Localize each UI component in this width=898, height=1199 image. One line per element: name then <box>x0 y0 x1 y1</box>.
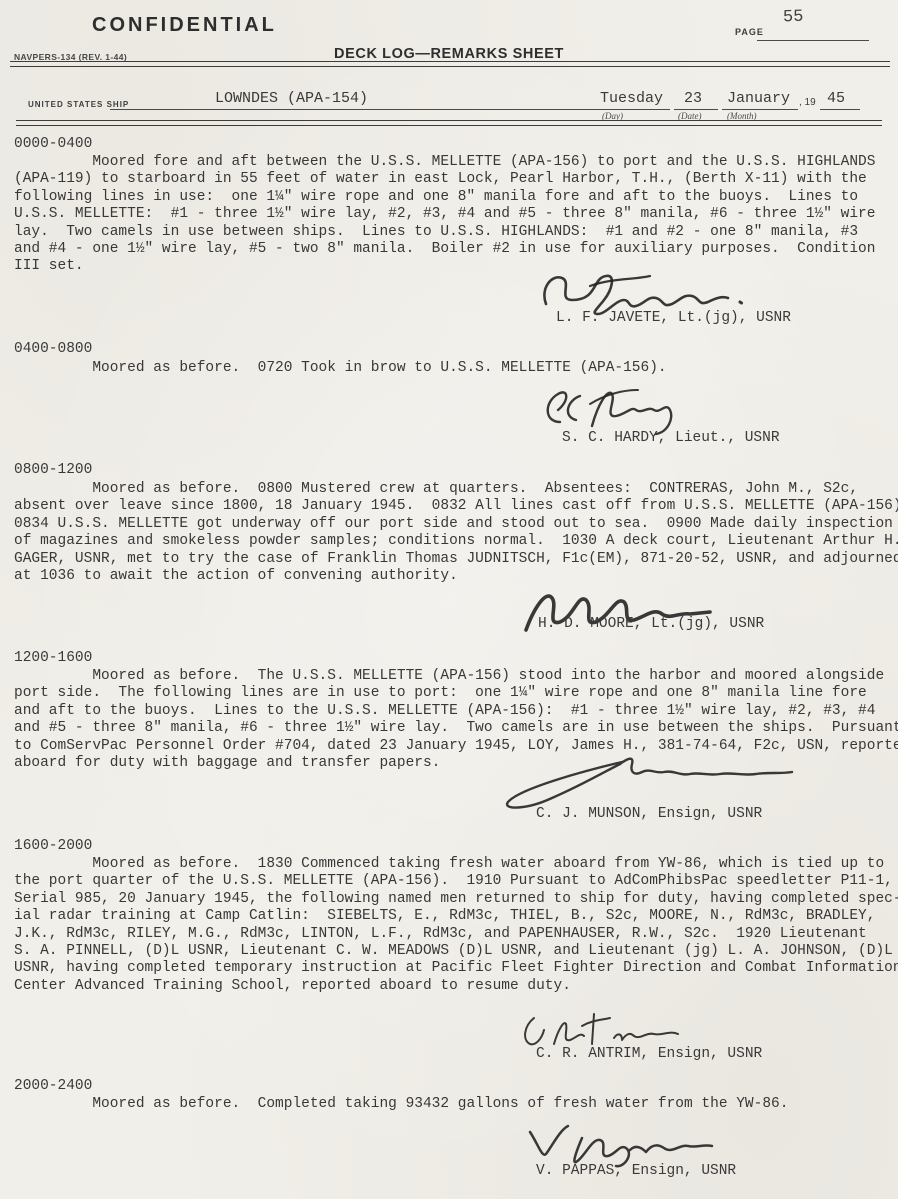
page-number: 55 <box>783 8 804 28</box>
pappas-signature <box>518 1116 718 1168</box>
log-entry-text: Moored as before. 0720 Took in brow to U… <box>14 360 667 377</box>
watch-period-0000-0400: 0000-0400 <box>14 136 92 152</box>
log-entry-text: Moored as before. 1830 Commenced taking … <box>14 856 898 995</box>
month-value: January <box>727 90 790 107</box>
date-value: 23 <box>684 90 702 107</box>
signed-name: S. C. HARDY, Lieut., USNR <box>562 430 780 446</box>
log-entry-text: Moored fore and aft between the U.S.S. M… <box>14 154 875 276</box>
log-entry-text: Moored as before. Completed taking 93432… <box>14 1096 788 1113</box>
day-value: Tuesday <box>600 90 663 107</box>
ship-name: LOWNDES (APA-154) <box>215 90 368 107</box>
log-entry-text: Moored as before. 0800 Mustered crew at … <box>14 481 898 585</box>
page-number-underline <box>757 26 869 41</box>
signed-name: C. R. ANTRIM, Ensign, USNR <box>536 1046 762 1062</box>
watch-period-2000-2400: 2000-2400 <box>14 1078 92 1094</box>
hardy-signature <box>536 382 686 437</box>
header-divider <box>10 61 890 67</box>
ship-line-divider <box>16 120 882 126</box>
deck-log-remarks-sheet: CONFIDENTIAL PAGE 55 NAVPERS-134 (REV. 1… <box>0 0 898 1199</box>
signed-name: C. J. MUNSON, Ensign, USNR <box>536 806 762 822</box>
signed-name: L. F. JAVETE, Lt.(jg), USNR <box>556 310 791 326</box>
watch-period-0400-0800: 0400-0800 <box>14 341 92 357</box>
munson-signature <box>468 748 798 813</box>
antrim-signature <box>518 1004 698 1052</box>
year-prefix: , 19 <box>799 97 816 108</box>
signed-name: V. PAPPAS, Ensign, USNR <box>536 1163 736 1179</box>
classification-stamp: CONFIDENTIAL <box>92 14 277 37</box>
watch-period-1600-2000: 1600-2000 <box>14 838 92 854</box>
year-value: 45 <box>827 90 845 107</box>
watch-period-0800-1200: 0800-1200 <box>14 462 92 478</box>
signed-name: H. D. MOORE, Lt.(jg), USNR <box>538 616 764 632</box>
watch-period-1200-1600: 1200-1600 <box>14 650 92 666</box>
page-title: DECK LOG—REMARKS SHEET <box>0 46 898 62</box>
